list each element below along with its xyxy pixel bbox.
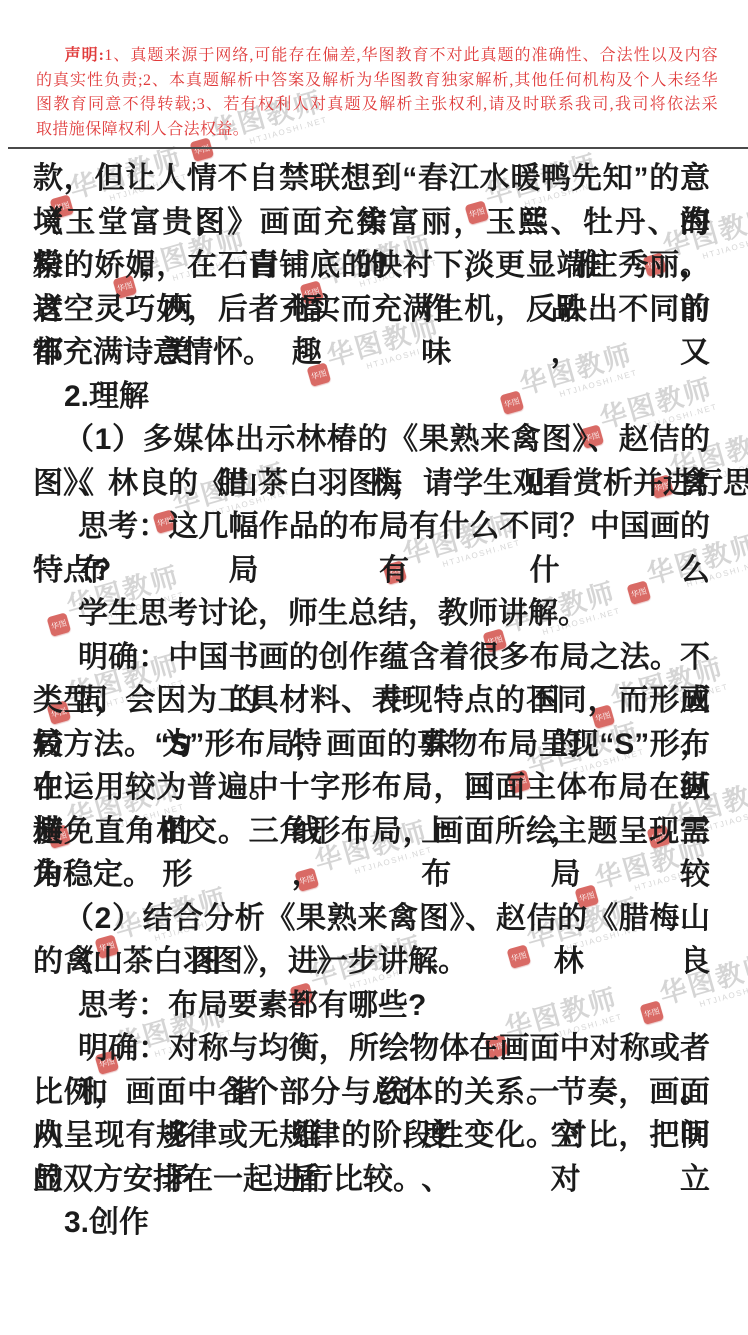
text-line: 者空灵巧妙，后者充实而充满生机，反映出不同的审美趣味，又 bbox=[33, 288, 710, 332]
disclaimer: 声明:1、真题来源于网络,可能存在偏差,华图教育不对此真题的准确性、合法性以及内… bbox=[36, 44, 718, 142]
disclaimer-text: 1、真题来源于网络,可能存在偏差,华图教育不对此真题的准确性、合法性以及内容 bbox=[104, 47, 718, 64]
text-line: 比例，画面中各个部分与总体的关系。节奏，画面从多维度空间 bbox=[33, 1071, 710, 1115]
text-line: 《玉堂富贵图》画面充实富丽，玉兰、牡丹、海棠，白的淡雅， bbox=[33, 201, 710, 245]
text-line: （2）结合分析《果熟来禽图》、赵佶的《腊梅山禽图》、林良 bbox=[33, 897, 710, 941]
text-line: 内呈现有规律或无规律的阶段性变化。对比，把明显矛盾、对立 bbox=[33, 1114, 710, 1158]
disclaimer-line: 声明:1、真题来源于网络,可能存在偏差,华图教育不对此真题的准确性、合法性以及内… bbox=[36, 44, 718, 69]
text-line: 学生思考讨论，师生总结，教师讲解。 bbox=[33, 592, 710, 636]
text-line: 款，但让人情不自禁联想到“春江水暖鸭先知”的意境；徐熙的 bbox=[33, 157, 710, 201]
disclaimer-line: 的真实性负责;2、本真题解析中答案及解析为华图教育独家解析,其他任何机构及个人未… bbox=[36, 69, 718, 94]
disclaimer-label: 声明: bbox=[64, 47, 104, 64]
text-line: 明确：对称与均衡，所绘物体在画面中对称或者和谐统一。 bbox=[33, 1027, 710, 1071]
document-page: 华图华图教师HTJIAOSHI.NET华图华图教师HTJIAOSHI.NET华图… bbox=[0, 0, 748, 1335]
text-line: 2.理解 bbox=[33, 375, 710, 419]
text-line: 3.创作 bbox=[33, 1201, 710, 1245]
disclaimer-line: 取措施保障权利人合法权益。 bbox=[36, 118, 718, 143]
text-line: 类型，会因为工具材料、表现特点的不同，而形成较为特殊的布 bbox=[33, 679, 710, 723]
text-line: 粉的娇媚，在石青铺底的映衬下，更显端庄秀丽。这两幅作品前 bbox=[33, 244, 710, 288]
disclaimer-line: 图教育同意不得转载;3、若有权利人对真题及解析主张权利,请及时联系我司,我司将依… bbox=[36, 93, 718, 118]
text-line: 避免直角相交。三角形布局，画面所绘主题呈现三角形，布局较 bbox=[33, 810, 710, 854]
text-line: （1）多媒体出示林椿的《果熟来禽图》、赵佶的《腊梅山禽 bbox=[33, 418, 710, 462]
text-line: 局方法。“S”形布局，画面的事物布局呈现“S”形，在中国画 bbox=[33, 723, 710, 767]
text-line: 图》、林良的《山茶白羽图》，请学生观看赏析并进行思考。 bbox=[33, 462, 710, 506]
text-line: 明确：中国书画的创作蕴含着很多布局之法。不同的中国画 bbox=[33, 636, 710, 680]
text-line: 思考：这几幅作品的布局有什么不同？中国画的布局有什么 bbox=[33, 505, 710, 549]
text-line: 中运用较为普遍。十字形布局，画面主体布局在纵横的线上，需 bbox=[33, 766, 710, 810]
text-line: 思考：布局要素都有哪些? bbox=[33, 984, 710, 1028]
body-text: 款，但让人情不自禁联想到“春江水暖鸭先知”的意境；徐熙的《玉堂富贵图》画面充实富… bbox=[0, 149, 748, 1245]
